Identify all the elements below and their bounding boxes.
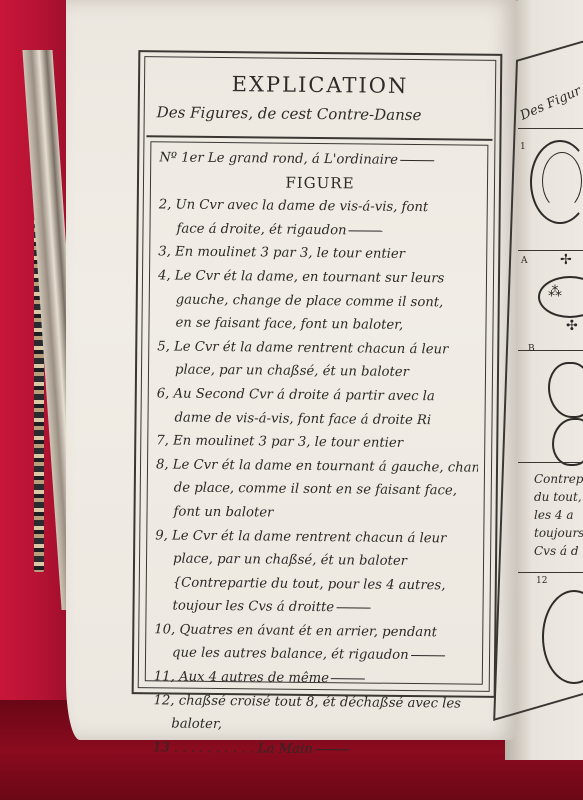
instruction-text: 5, Le Cvr ét la dame rentrent chacun á l… — [157, 339, 448, 357]
instruction-text: Nº 1er Le grand rond, á L'ordinaire — [159, 150, 398, 167]
instruction-text: 12, chaßsé croisé tout 8, ét déchaßsé av… — [153, 693, 461, 711]
instruction-line: 10, Quatres en ávant ét en arrier, penda… — [154, 618, 476, 645]
instruction-text: 13 . . . . . . . . . . La Main — [153, 740, 313, 757]
instruction-text: 3, En moulinet 3 par 3, le tour entier — [158, 245, 405, 263]
instructions-box: Nº 1er Le grand rond, á L'ordinaireFIGUR… — [145, 141, 489, 685]
right-panel-label-b: B — [528, 344, 535, 354]
flourish-line — [315, 749, 349, 750]
instruction-line: 6, Au Second Cvr á droite á partir avec … — [157, 382, 479, 409]
instruction-line: place, par un chaßsé, ét un baloter — [155, 547, 477, 574]
right-text-fragment: Contrepa du tout, p les 4 a toujours Cvs… — [534, 470, 583, 560]
plate-title: EXPLICATION — [147, 71, 493, 99]
instruction-text: toujour les Cvs á droitte — [172, 599, 334, 616]
instruction-text: 9, Le Cvr ét la dame rentrent chacun á l… — [155, 528, 446, 546]
instruction-text: FIGURE — [285, 173, 354, 192]
instruction-text: en se faisant face, font un baloter, — [175, 316, 403, 333]
instruction-line: 5, Le Cvr ét la dame rentrent chacun á l… — [157, 335, 479, 362]
instruction-line: 11, Aux 4 autres de même — [154, 665, 476, 692]
instruction-text: baloter, — [171, 717, 222, 733]
flourish-line — [331, 678, 365, 679]
flourish-line — [336, 607, 370, 608]
instruction-text: de place, comme il sont en se faisant fa… — [174, 481, 457, 499]
right-panel-label-1: 1 — [520, 142, 526, 152]
dancer-figure-icon: ⁂ — [548, 284, 562, 300]
instruction-line: toujour les Cvs á droitte — [154, 595, 476, 622]
instruction-text: 10, Quatres en ávant ét en arrier, penda… — [154, 622, 437, 640]
engraved-plate: EXPLICATION Des Figures, de cest Contre-… — [132, 50, 503, 698]
right-panel-label-12: 12 — [536, 576, 547, 586]
instruction-text: 2, Un Cvr avec la dame de vis-á-vis, fon… — [159, 198, 429, 216]
flourish-line — [349, 230, 383, 231]
instruction-text: place, par un chaßsé, ét un baloter — [175, 363, 409, 380]
dance-figure-inner-path — [542, 152, 582, 210]
instruction-text: 7, En moulinet 3 par 3, le tour entier — [156, 433, 403, 451]
instruction-text: 6, Au Second Cvr á droite á partir avec … — [157, 386, 435, 404]
plate-subtitle: Des Figures, de cest Contre-Danse — [157, 103, 487, 124]
right-panel-divider — [518, 250, 583, 251]
flourish-line — [411, 655, 445, 656]
instruction-text: place, par un chaßsé, ét un baloter — [173, 552, 407, 569]
instruction-text: que les autres balance, ét rigaudon — [172, 646, 409, 663]
instruction-text: 8, Le Cvr ét la dame en tournant á gauch… — [156, 457, 478, 475]
instruction-line: font un baloter — [155, 500, 477, 527]
instruction-line: que les autres balance, ét rigaudon — [154, 642, 476, 669]
right-panel-divider — [518, 572, 583, 573]
right-panel-divider — [518, 462, 583, 463]
instruction-text: 4, Le Cvr ét la dame, en tournant sur le… — [158, 268, 444, 286]
dancer-figure-icon: ✢ — [560, 252, 572, 268]
dancer-figure-icon: ✣ — [566, 318, 578, 334]
plate-inner-border: EXPLICATION Des Figures, de cest Contre-… — [138, 56, 497, 692]
instruction-line: dame de vis-á-vis, font face á droite Ri — [156, 406, 478, 433]
instruction-line: 4, Le Cvr ét la dame, en tournant sur le… — [158, 264, 480, 291]
instruction-text: gauche, change de place comme il sont, — [176, 292, 444, 310]
instruction-line: place, par un chaßsé, ét un baloter — [157, 359, 479, 386]
instruction-line: Nº 1er Le grand rond, á L'ordinaire — [159, 146, 481, 173]
instruction-text: 11, Aux 4 autres de même — [154, 669, 329, 686]
instruction-line: gauche, change de place comme il sont, — [158, 288, 480, 315]
instruction-line: 2, Un Cvr avec la dame de vis-á-vis, fon… — [159, 194, 481, 221]
right-panel-label-a: A — [521, 256, 528, 266]
right-panel-divider — [518, 128, 583, 129]
instruction-line: 3, En moulinet 3 par 3, le tour entier — [158, 241, 480, 268]
instruction-line: 7, En moulinet 3 par 3, le tour entier — [156, 429, 478, 456]
instruction-line: 8, Le Cvr ét la dame en tournant á gauch… — [156, 453, 478, 480]
instruction-line: 12, chaßsé croisé tout 8, ét déchaßsé av… — [153, 689, 475, 716]
instructions-list: Nº 1er Le grand rond, á L'ordinaireFIGUR… — [153, 146, 481, 763]
instruction-text: {Contrepartie du tout, pour les 4 autres… — [173, 575, 446, 593]
instruction-line: face á droite, ét rigaudon — [158, 217, 480, 244]
instruction-line: {Contrepartie du tout, pour les 4 autres… — [155, 571, 477, 598]
instruction-line: 9, Le Cvr ét la dame rentrent chacun á l… — [155, 524, 477, 551]
flourish-line — [400, 160, 434, 161]
instruction-text: face á droite, ét rigaudon — [176, 221, 346, 238]
instruction-line: 13 . . . . . . . . . . La Main — [153, 736, 475, 763]
instruction-line: de place, comme il sont en se faisant fa… — [156, 477, 478, 504]
instruction-text: dame de vis-á-vis, font face á droite Ri — [174, 410, 431, 428]
figure-heading: FIGURE — [159, 170, 481, 197]
instruction-line: baloter, — [153, 713, 475, 740]
title-box: EXPLICATION Des Figures, de cest Contre-… — [146, 59, 493, 141]
instruction-text: font un baloter — [173, 504, 273, 520]
instruction-line: en se faisant face, font un baloter, — [157, 311, 479, 338]
